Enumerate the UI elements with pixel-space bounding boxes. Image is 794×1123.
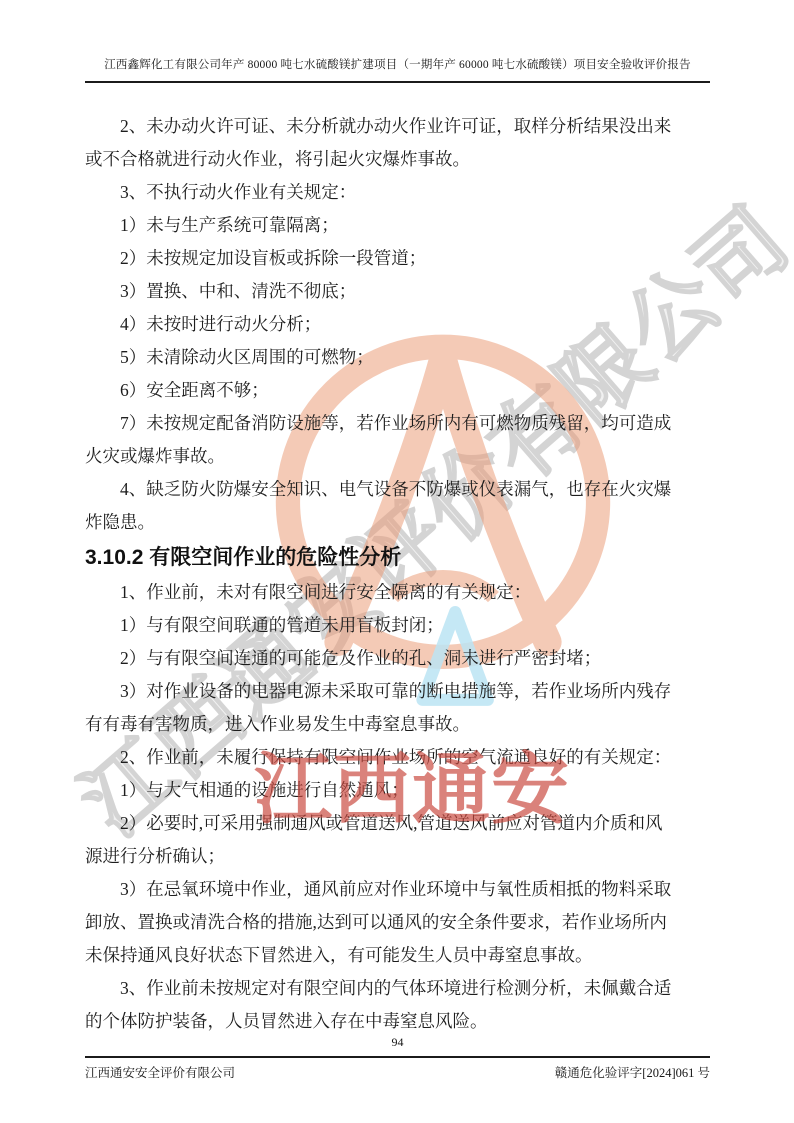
text-line: 2）与有限空间连通的可能危及作业的孔、洞未进行严密封堵；	[85, 642, 712, 675]
text-line: 2、作业前，未履行保持有限空间作业场所的空气流通良好的有关规定：	[85, 741, 712, 774]
text-line: 2）必要时,可采用强制通风或管道送风,管道送风前应对管道内介质和风	[85, 807, 712, 840]
document-body: 2、未办动火许可证、未分析就办动火作业许可证，取样分析结果没出来 或不合格就进行…	[85, 110, 712, 1038]
text-line: 3）在忌氧环境中作业，通风前应对作业环境中与氧性质相抵的物料采取	[85, 873, 712, 906]
text-line: 3）置换、中和、清洗不彻底；	[85, 275, 712, 308]
text-line: 炸隐患。	[85, 506, 712, 539]
page-header-title: 江西鑫辉化工有限公司年产 80000 吨七水硫酸镁扩建项目（一期年产 60000…	[85, 56, 710, 83]
footer-divider	[85, 1056, 710, 1058]
text-line: 1、作业前，未对有限空间进行安全隔离的有关规定：	[85, 576, 712, 609]
text-line: 或不合格就进行动火作业，将引起火灾爆炸事故。	[85, 143, 712, 176]
text-line: 1）与大气相通的设施进行自然通风；	[85, 774, 712, 807]
section-heading: 3.10.2 有限空间作业的危险性分析	[85, 539, 712, 576]
footer-company-name: 江西通安安全评价有限公司	[85, 1063, 235, 1081]
text-line: 1）与有限空间联通的管道未用盲板封闭；	[85, 609, 712, 642]
text-line: 5）未清除动火区周围的可燃物；	[85, 341, 712, 374]
text-line: 1）未与生产系统可靠隔离；	[85, 209, 712, 242]
footer-row: 江西通安安全评价有限公司 赣通危化验评字[2024]061 号	[85, 1063, 710, 1081]
text-line: 6）安全距离不够；	[85, 374, 712, 407]
text-line: 未保持通风良好状态下冒然进入，有可能发生人员中毒窒息事故。	[85, 939, 712, 972]
text-line: 源进行分析确认；	[85, 840, 712, 873]
text-line: 的个体防护装备，人员冒然进入存在中毒窒息风险。	[85, 1005, 712, 1038]
text-line: 3）对作业设备的电器电源未采取可靠的断电措施等，若作业场所内残存	[85, 675, 712, 708]
text-line: 7）未按规定配备消防设施等，若作业场所内有可燃物质残留，均可造成	[85, 407, 712, 440]
text-line: 火灾或爆炸事故。	[85, 440, 712, 473]
text-line: 有有毒有害物质，进入作业易发生中毒窒息事故。	[85, 708, 712, 741]
document-page: 江西通安评价有限公司 江西鑫辉化工有限公司年产 80000 吨七水硫酸镁扩建项目…	[0, 0, 794, 1123]
text-line: 4、缺乏防火防爆安全知识、电气设备不防爆或仪表漏气，也存在火灾爆	[85, 473, 712, 506]
text-line: 2、未办动火许可证、未分析就办动火作业许可证，取样分析结果没出来	[85, 110, 712, 143]
text-line: 3、作业前未按规定对有限空间内的气体环境进行检测分析，未佩戴合适	[85, 972, 712, 1005]
text-line: 4）未按时进行动火分析；	[85, 308, 712, 341]
text-line: 3、不执行动火作业有关规定：	[85, 176, 712, 209]
text-line: 2）未按规定加设盲板或拆除一段管道；	[85, 242, 712, 275]
text-line: 卸放、置换或清洗合格的措施,达到可以通风的安全条件要求，若作业场所内	[85, 906, 712, 939]
footer-doc-number: 赣通危化验评字[2024]061 号	[555, 1063, 710, 1081]
